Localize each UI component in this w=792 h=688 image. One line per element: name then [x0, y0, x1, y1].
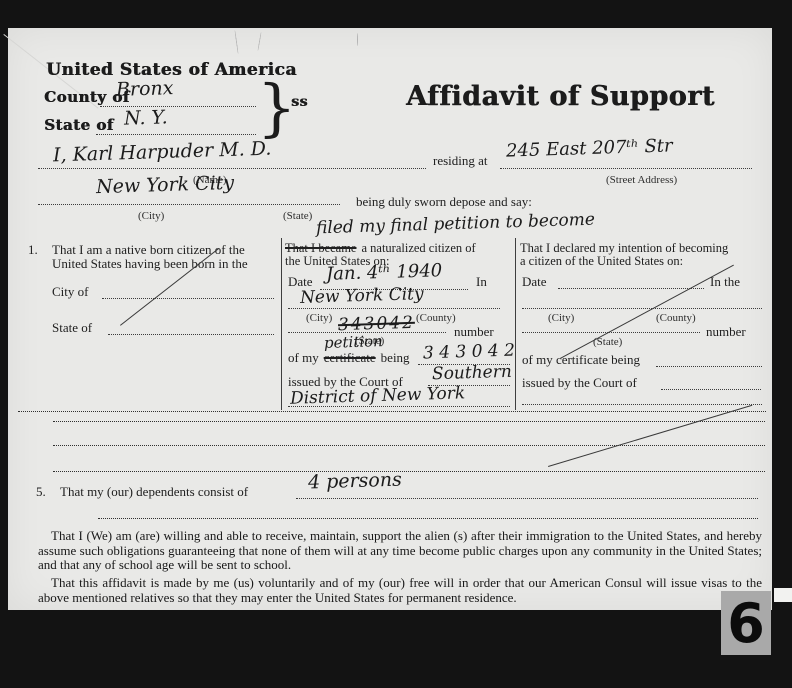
item5-fill-line	[296, 498, 758, 499]
section2-number-value-handwritten: 3 4 3 0 4 2	[423, 341, 516, 364]
section2-court-value2-handwritten: District of New York	[290, 383, 466, 408]
handwritten-insert: filed my final petition to become	[316, 210, 595, 239]
section3-court-fill	[661, 389, 761, 390]
section1-line2: United States having been born in the	[52, 256, 248, 272]
residing-at-label: residing at	[433, 153, 488, 169]
section3-city-fill	[522, 308, 762, 309]
name-fill-line	[38, 168, 426, 169]
section2-city-caption: (City)	[306, 312, 332, 324]
pencil-mark	[357, 33, 358, 46]
section2-petition-insert-handwritten: petition	[324, 332, 383, 352]
section2-date-handwritten: Jan. 4ᵗʰ 1940	[326, 260, 443, 285]
section2-court-fill2	[288, 406, 510, 407]
section3-certificate-fill	[656, 366, 762, 367]
section2-in-label: In	[476, 274, 487, 290]
sworn-statement-label: being duly sworn depose and say:	[356, 194, 532, 210]
street-address-handwritten: 245 East 207ᵗʰ Str	[506, 135, 673, 161]
section3-city-caption: (City)	[548, 312, 574, 324]
section3-number-label: number	[706, 324, 746, 340]
section3-date-fill	[558, 288, 704, 289]
section2-certificate-struck: certificate	[324, 350, 376, 365]
pencil-mark	[257, 32, 261, 51]
scanned-image: United States of America County of Bronx…	[0, 0, 792, 688]
pencil-mark	[234, 30, 238, 54]
column-divider-left	[281, 238, 282, 410]
section3-certificate-label: of my certificate being	[522, 352, 640, 368]
document-title: Affidavit of Support	[406, 81, 696, 112]
closing-paragraph-2: That this affidavit is made by me (us) v…	[38, 576, 762, 605]
closing-paragraph-1: That I (We) am (are) willing and able to…	[38, 529, 762, 573]
state-label: State of	[44, 116, 114, 134]
state-fill-line	[96, 134, 256, 135]
section2-struck-lead: That I became	[285, 241, 356, 255]
column-divider-right	[515, 238, 516, 410]
item5-label: That my (our) dependents consist of	[60, 484, 248, 500]
section3-county-caption: (County)	[656, 312, 696, 324]
section2-city-fill	[288, 308, 500, 309]
section3-extra-fill	[522, 404, 762, 405]
ruled-line-full	[18, 411, 766, 412]
section3-date-label: Date	[522, 274, 547, 290]
address-fill-line	[500, 168, 752, 169]
ruled-line-2	[53, 445, 765, 446]
section3-line2: a citizen of the United States on:	[520, 254, 683, 269]
city-handwritten: New York City	[96, 172, 235, 198]
blank-area-crossout-line	[548, 405, 752, 467]
section1-city-fill	[102, 298, 274, 299]
county-value-handwritten: Bronx	[116, 77, 174, 101]
section3-court-label: issued by the Court of	[522, 375, 637, 391]
section2-being: being	[381, 350, 410, 365]
ruled-line-3	[53, 471, 765, 472]
ruled-line-1	[53, 421, 765, 422]
separator-line	[98, 518, 758, 519]
section2-county-caption: (County)	[416, 312, 456, 324]
affiant-name-handwritten: I, Karl Harpuder M. D.	[53, 138, 272, 167]
section1-state-label: State of	[52, 320, 92, 336]
section2-line1-rest: a naturalized citizen of	[361, 241, 475, 255]
section1-state-fill	[108, 334, 274, 335]
ss-label: ss	[291, 94, 308, 110]
section1-number: 1.	[28, 242, 38, 258]
city-caption: (City)	[138, 210, 164, 222]
section2-certificate-line: of mycertificatebeing	[288, 350, 410, 366]
section2-city-handwritten: New York City	[300, 284, 424, 308]
section3-number-fill	[522, 332, 700, 333]
city-fill-line	[38, 204, 340, 205]
scan-edge-patch	[774, 588, 792, 602]
section2-of-my: of my	[288, 350, 319, 365]
street-address-caption: (Street Address)	[606, 174, 677, 186]
document-page: United States of America County of Bronx…	[8, 28, 772, 610]
section3-in-label: In the	[710, 274, 740, 290]
item5-number: 5.	[36, 484, 46, 500]
section2-number-label: number	[454, 324, 494, 340]
item5-value-handwritten: 4 persons	[308, 469, 402, 494]
state-caption: (State)	[283, 210, 312, 222]
state-value-handwritten: N. Y.	[124, 106, 168, 129]
section3-crossout-line	[560, 265, 734, 359]
page-number-marker: 6	[721, 591, 771, 655]
section2-court-value1-handwritten: Southern	[432, 362, 512, 384]
section1-city-label: City of	[52, 284, 88, 300]
